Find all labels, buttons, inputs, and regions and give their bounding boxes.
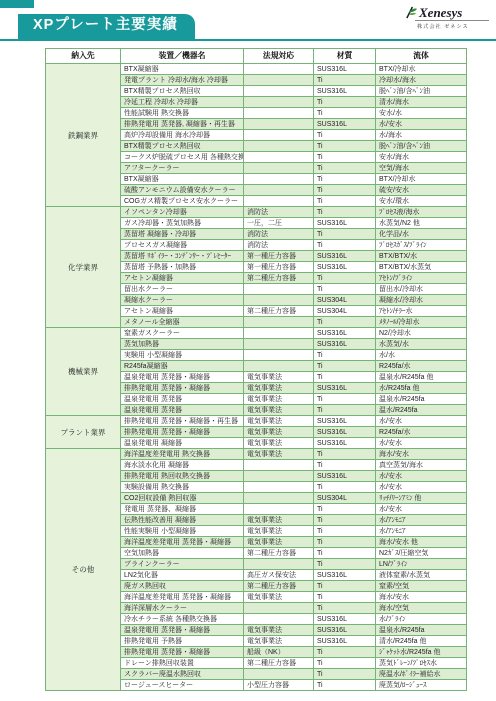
material-cell: SUS316L [314,416,376,427]
equipment-cell: ガス冷却器・蒸気加熱器 [121,218,244,229]
material-cell: SUS316L [314,438,376,449]
regulation-cell: 電気事業法 [244,405,314,416]
regulation-cell: 電気事業法 [244,438,314,449]
fluid-cell: 冷却水/海水 [376,75,467,86]
material-cell: SUS316L [314,636,376,647]
regulation-cell [244,64,314,75]
fluid-cell: 温水/R245fa [376,405,467,416]
fluid-cell: 廃蒸気/ﾛｰｼﾞｭｰｽ [376,680,467,691]
material-cell: SUS316L [314,218,376,229]
material-cell: Ti [314,361,376,372]
fluid-cell: ﾌﾟﾛｾｽｶﾞｽ/ﾌﾞﾗｲﾝ [376,240,467,251]
fluid-cell: 水蒸気/水 [376,339,467,350]
material-cell: SUS304L [314,306,376,317]
equipment-cell: 海洋温度差発電用 蒸発器・凝縮器 [121,592,244,603]
material-cell: Ti [314,581,376,592]
company-logo: Xenesys 株式会社 ゼネシス [405,6,489,30]
material-cell: Ti [314,108,376,119]
material-cell: SUS316L [314,328,376,339]
results-table: 納入先 装置／機器名 法規対応 材質 流体 鉄鋼業界BTX凝縮器SUS316LB… [45,48,467,691]
fluid-cell: BTX/冷却水 [376,174,467,185]
material-cell: Ti [314,207,376,218]
material-cell: SUS316L [314,119,376,130]
regulation-cell: 消防法 [244,229,314,240]
results-table-header: 納入先 装置／機器名 法規対応 材質 流体 [46,49,467,64]
regulation-cell [244,669,314,680]
regulation-cell: 消防法 [244,207,314,218]
equipment-cell: 海水淡水化用 凝縮器 [121,460,244,471]
regulation-cell [244,471,314,482]
material-cell: SUS316L [314,614,376,625]
regulation-cell: 第一種圧力容器 [244,251,314,262]
regulation-cell [244,185,314,196]
equipment-cell: 蒸気加熱器 [121,339,244,350]
regulation-cell [244,141,314,152]
fluid-cell: BTX/BTX/水 [376,251,467,262]
regulation-cell: 一圧，二圧 [244,218,314,229]
equipment-cell: BTX凝縮器 [121,174,244,185]
equipment-cell: 実験設備用 熱交換器 [121,482,244,493]
material-cell: SUS316L [314,86,376,97]
equipment-cell: BTX精製プロセス熱回収 [121,141,244,152]
material-cell: Ti [314,537,376,548]
regulation-cell [244,196,314,207]
fluid-cell: N2ｶﾞｽ/圧縮空気 [376,548,467,559]
regulation-cell: 第一種圧力容器 [244,262,314,273]
fluid-cell: 水/安水 [376,504,467,515]
material-cell: Ti [314,515,376,526]
material-cell: Ti [314,97,376,108]
fluid-cell: 硫安/安水 [376,185,467,196]
column-header-regulation: 法規対応 [244,49,314,64]
column-header-fluid: 流体 [376,49,467,64]
regulation-cell [244,504,314,515]
fluid-cell: 水/安水 [376,416,467,427]
fluid-cell: 水/安水 [376,482,467,493]
material-cell: Ti [314,680,376,691]
material-cell: Ti [314,196,376,207]
material-cell: Ti [314,372,376,383]
material-cell: Ti [314,548,376,559]
equipment-cell: イソペンタン冷却器 [121,207,244,218]
fluid-cell: 海水/安水 他 [376,537,467,548]
regulation-cell [244,284,314,295]
results-table-body: 鉄鋼業界BTX凝縮器SUS316LBTX/冷却水発電プラント 冷却水/海水 冷却… [46,64,467,691]
fluid-cell: 留出水/冷却水 [376,284,467,295]
equipment-cell: 排熱発電用 熱回収熱交換器 [121,471,244,482]
material-cell: SUS316L [314,427,376,438]
fluid-cell: ｱｾﾄﾝ/ﾁﾗｰ水 [376,306,467,317]
equipment-cell: 廃ガス熱回収 [121,581,244,592]
equipment-cell: 冷水チラー系統 各種熱交換器 [121,614,244,625]
regulation-cell [244,493,314,504]
fluid-cell: 水/水 [376,350,467,361]
equipment-cell: 排熱発電用 蒸発器, 凝縮器・再生器 [121,119,244,130]
equipment-cell: 排熱発電用 予熱器 [121,636,244,647]
regulation-cell [244,108,314,119]
equipment-cell: 温泉発電用 凝縮器 [121,438,244,449]
equipment-cell: 高炉冷却設備用 海水冷却器 [121,130,244,141]
fluid-cell: 海水/安水 [376,449,467,460]
fluid-cell: 水/R245fa 他 [376,383,467,394]
fluid-cell: 液体窒素/水蒸気 [376,570,467,581]
fluid-cell: 安水/環水 [376,196,467,207]
equipment-cell: アセトン凝縮器 [121,306,244,317]
equipment-cell: 伝熱性能改善用 凝縮器 [121,515,244,526]
fluid-cell: 脱ﾍﾞﾝ油/含ﾍﾞﾝ油 [376,141,467,152]
equipment-cell: スクラバー廃温水熱回収 [121,669,244,680]
material-cell: Ti [314,526,376,537]
regulation-cell [244,119,314,130]
fluid-cell: 窒素/空気 [376,581,467,592]
equipment-cell: LN2気化器 [121,570,244,581]
fluid-cell: 水/ｱﾝﾓﾆｱ [376,526,467,537]
table-row: 鉄鋼業界BTX凝縮器SUS316LBTX/冷却水 [46,64,467,75]
material-cell: Ti [314,394,376,405]
material-cell: SUS316L [314,383,376,394]
material-cell: SUS304L [314,493,376,504]
regulation-cell: 電気事業法 [244,526,314,537]
industry-group-cell: 化学業界 [46,207,121,328]
page-title: XPプレート主要実績 [18,14,195,39]
equipment-cell: コークス炉脱硫プロセス用 各種熱交換器 [121,152,244,163]
equipment-cell: ロージュースヒーター [121,680,244,691]
equipment-cell: BTX凝縮器 [121,64,244,75]
regulation-cell: 第二種圧力容器 [244,306,314,317]
material-cell: Ti [314,273,376,284]
equipment-cell: 性能試験用 熱交換器 [121,108,244,119]
material-cell: Ti [314,460,376,471]
regulation-cell [244,559,314,570]
logo-brand-text: Xenesys [419,6,462,19]
fluid-cell: 蒸気ﾄﾞﾚｰﾝ/ﾌﾟﾛｾｽ水 [376,658,467,669]
regulation-cell [244,460,314,471]
fluid-cell: 水/ｱﾝﾓﾆｱ [376,515,467,526]
equipment-cell: 排熱発電用 蒸発器・凝縮器 [121,427,244,438]
equipment-cell: 性能実験用 小型凝縮器 [121,526,244,537]
fluid-cell: 温泉水/R245fa [376,625,467,636]
equipment-cell: 蒸留塔 予熱器・加熱器 [121,262,244,273]
fluid-cell: 清水/海水 [376,97,467,108]
regulation-cell [244,317,314,328]
regulation-cell [244,614,314,625]
industry-group-cell: その他 [46,449,121,691]
material-cell: Ti [314,185,376,196]
fluid-cell: 水/ﾌﾞﾗｲﾝ [376,614,467,625]
material-cell: Ti [314,658,376,669]
regulation-cell: 船級（NK） [244,647,314,658]
equipment-cell: 窒素ガスクーラー [121,328,244,339]
equipment-cell: BTX精製プロセス熱回収 [121,86,244,97]
fluid-cell: ｱｾﾄﾝ/ﾌﾞﾗｲﾝ [376,273,467,284]
fluid-cell: 海水/安水 [376,592,467,603]
material-cell: Ti [314,504,376,515]
top-corner-accent [0,0,34,8]
equipment-cell: 海洋深層水クーラー [121,603,244,614]
regulation-cell [244,174,314,185]
material-cell: Ti [314,240,376,251]
material-cell: Ti [314,152,376,163]
fluid-cell: ﾘｯﾁ/ﾘｰﾝｱﾐﾝ 他 [376,493,467,504]
material-cell: Ti [314,350,376,361]
equipment-cell: 排熱発電用 蒸発器・凝縮器 [121,383,244,394]
fluid-cell: 水/安水 [376,119,467,130]
equipment-cell: 排熱発電用 蒸発器・凝縮器・再生器 [121,416,244,427]
material-cell: Ti [314,317,376,328]
fluid-cell: BTX/BTX/水蒸気 [376,262,467,273]
material-cell: Ti [314,482,376,493]
equipment-cell: 空気加熱器 [121,548,244,559]
header-row: 納入先 装置／機器名 法規対応 材質 流体 [46,49,467,64]
regulation-cell: 第二種圧力容器 [244,548,314,559]
industry-group-cell: プラント業界 [46,416,121,449]
material-cell: Ti [314,141,376,152]
material-cell: Ti [314,603,376,614]
fluid-cell: ﾌﾟﾛｾｽ液/海水 [376,207,467,218]
regulation-cell: 電気事業法 [244,416,314,427]
material-cell: Ti [314,229,376,240]
material-cell: Ti [314,75,376,86]
material-cell: SUS316L [314,64,376,75]
equipment-cell: メタノール全縮器 [121,317,244,328]
fluid-cell: 水/海水 [376,130,467,141]
material-cell: SUS316L [314,251,376,262]
regulation-cell [244,130,314,141]
industry-group-cell: 機械業界 [46,328,121,416]
fluid-cell: 温泉水/R245fa [376,394,467,405]
regulation-cell: 電気事業法 [244,636,314,647]
regulation-cell [244,295,314,306]
material-cell: Ti [314,592,376,603]
table-row: その他海洋温度差発電用 熱交換器電気事業法Ti海水/安水 [46,449,467,460]
regulation-cell [244,339,314,350]
fluid-cell: 化学品/水 [376,229,467,240]
fluid-cell: 真空蒸気/海水 [376,460,467,471]
material-cell: Ti [314,669,376,680]
material-cell: SUS316L [314,262,376,273]
material-cell: Ti [314,559,376,570]
material-cell: Ti [314,449,376,460]
fluid-cell: 廃温水/ﾎﾞｲﾗｰ補給水 [376,669,467,680]
equipment-cell: 凝縮水クーラー [121,295,244,306]
fluid-cell: LN/ﾌﾞﾗｲﾝ [376,559,467,570]
regulation-cell [244,482,314,493]
regulation-cell [244,163,314,174]
equipment-cell: 温泉発電用 蒸発器・凝縮器 [121,625,244,636]
fluid-cell: 空気/海水 [376,163,467,174]
regulation-cell: 電気事業法 [244,383,314,394]
equipment-cell: アフタークーラー [121,163,244,174]
regulation-cell [244,328,314,339]
regulation-cell: 消防法 [244,240,314,251]
regulation-cell: 電気事業法 [244,592,314,603]
xenesys-leaf-icon [405,6,418,19]
material-cell: SUS304L [314,295,376,306]
equipment-cell: 海洋温度差発電用 熱交換器 [121,449,244,460]
fluid-cell: 凝縮水/冷却水 [376,295,467,306]
regulation-cell [244,603,314,614]
material-cell: Ti [314,284,376,295]
table-row: 化学業界イソペンタン冷却器消防法Tiﾌﾟﾛｾｽ液/海水 [46,207,467,218]
table-row: 機械業界窒素ガスクーラーSUS316LN2/冷却水 [46,328,467,339]
regulation-cell: 電気事業法 [244,372,314,383]
fluid-cell: R245fa/水 [376,361,467,372]
equipment-cell: 冷延工程 冷却水 冷却器 [121,97,244,108]
fluid-cell: ｼﾞｬｹｯﾄ水/R245fa 他 [376,647,467,658]
regulation-cell [244,152,314,163]
regulation-cell: 電気事業法 [244,537,314,548]
equipment-cell: COGガス精製プロセス安水クーラー [121,196,244,207]
equipment-cell: 蒸留塔 凝縮器・冷却器 [121,229,244,240]
equipment-cell: 海洋温度差発電用 蒸発器・凝縮器 [121,537,244,548]
regulation-cell [244,75,314,86]
regulation-cell [244,86,314,97]
material-cell: Ti [314,647,376,658]
equipment-cell: CO2回収設備 熱回収器 [121,493,244,504]
equipment-cell: 温泉発電用 蒸発器・凝縮器 [121,372,244,383]
regulation-cell: 電気事業法 [244,625,314,636]
material-cell: SUS316L [314,339,376,350]
fluid-cell: 水/安水 [376,438,467,449]
fluid-cell: 安水/水 [376,108,467,119]
table-row: プラント業界排熱発電用 蒸発器・凝縮器・再生器電気事業法SUS316L水/安水 [46,416,467,427]
logo-company-name: 株式会社 ゼネシス [417,22,485,30]
fluid-cell: 水蒸気/N2 他 [376,218,467,229]
material-cell: Ti [314,174,376,185]
regulation-cell: 第二種圧力容器 [244,273,314,284]
regulation-cell [244,361,314,372]
equipment-cell: 蒸留塔 ﾘﾎﾞｲﾗｰ・ｺﾝﾃﾞﾝｻｰ・ﾌﾟﾚﾋｰﾀｰ [121,251,244,262]
equipment-cell: プロセスガス凝縮器 [121,240,244,251]
regulation-cell [244,350,314,361]
material-cell: SUS316L [314,471,376,482]
equipment-cell: 発電プラント 冷却水/海水 冷却器 [121,75,244,86]
fluid-cell: 温泉水/R245fa 他 [376,372,467,383]
equipment-cell: R245fa凝縮器 [121,361,244,372]
header-divider-line [0,39,496,41]
regulation-cell: 電気事業法 [244,449,314,460]
equipment-cell: 温泉発電用 蒸発器 [121,394,244,405]
equipment-cell: アセトン凝縮器 [121,273,244,284]
equipment-cell: 硫酸アンモニウム設備安水クーラー [121,185,244,196]
fluid-cell: ﾒﾀﾉｰﾙ/冷却水 [376,317,467,328]
material-cell: Ti [314,163,376,174]
equipment-cell: 留出水クーラー [121,284,244,295]
fluid-cell: 安水/海水 [376,152,467,163]
column-header-customer: 納入先 [46,49,121,64]
regulation-cell: 第二種圧力容器 [244,581,314,592]
column-header-equipment: 装置／機器名 [121,49,244,64]
fluid-cell: N2/冷却水 [376,328,467,339]
fluid-cell: 海水/空気 [376,603,467,614]
regulation-cell: 電気事業法 [244,394,314,405]
equipment-cell: 温泉発電用 蒸発器 [121,405,244,416]
equipment-cell: ブラインクーラー [121,559,244,570]
equipment-cell: 排熱発電用 蒸発器・凝縮器 [121,647,244,658]
fluid-cell: BTX/冷却水 [376,64,467,75]
equipment-cell: ドレーン排熱回収装置 [121,658,244,669]
industry-group-cell: 鉄鋼業界 [46,64,121,207]
regulation-cell: 電気事業法 [244,515,314,526]
material-cell: SUS316L [314,625,376,636]
logo-underline [415,20,489,21]
fluid-cell: 水/安水 [376,471,467,482]
fluid-cell: 清水/R245fa 他 [376,636,467,647]
regulation-cell [244,97,314,108]
fluid-cell: 脱ﾍﾞﾝ油/含ﾍﾞﾝ油 [376,86,467,97]
column-header-material: 材質 [314,49,376,64]
regulation-cell: 第二種圧力容器 [244,658,314,669]
regulation-cell: 高圧ガス保安法 [244,570,314,581]
material-cell: Ti [314,130,376,141]
material-cell: Ti [314,405,376,416]
equipment-cell: 発電用 蒸発器、凝縮器 [121,504,244,515]
equipment-cell: 実験用 小型凝縮器 [121,350,244,361]
regulation-cell: 小型圧力容器 [244,680,314,691]
regulation-cell: 電気事業法 [244,427,314,438]
material-cell: SUS316L [314,570,376,581]
fluid-cell: R245fa/水 [376,427,467,438]
